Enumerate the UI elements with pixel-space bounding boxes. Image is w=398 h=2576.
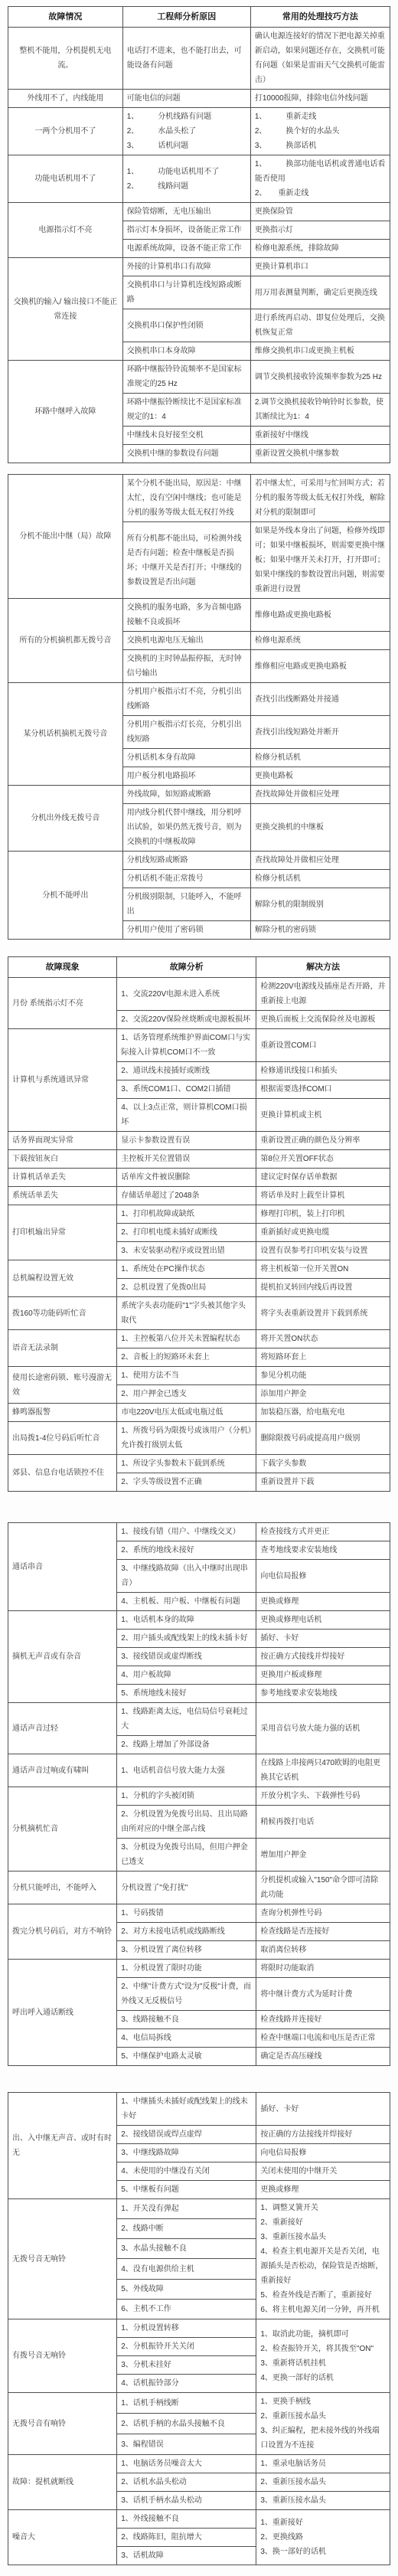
solution-cell: 重新设置正确的颜色及分辨率: [256, 1132, 390, 1150]
analysis-cell: 交换机中继的参数设有问题: [122, 445, 250, 463]
table-row: 出局拨1-4位号码后听忙音1、所拨号码为限拨号或该用户（分机）允许拨打级别太低删…: [8, 1422, 390, 1455]
cell-line: 2、 重新走线: [255, 186, 386, 201]
analysis-cell: 2、对方未接电话机或线路断线: [117, 1923, 256, 1941]
column-header: 工程师分析原因: [122, 7, 250, 28]
symptom-cell: 某分机话机摘机无拨号音: [8, 683, 123, 786]
scanned-table-document: 故障情况工程师分析原因常用的处理技巧方法整机不能用，分机提机无电流。电话打不进来…: [0, 0, 398, 2576]
cell-line: 2、重新接好: [260, 2215, 386, 2230]
cell-line: 2、检查振铃开关，将其拨至"ON": [260, 2342, 386, 2356]
solution-cell: 查找故障处并做相应处理: [250, 852, 390, 870]
cell-line: 1、重新接好: [260, 2516, 386, 2530]
solution-cell: 设置有误参考打印机安装与设置: [256, 1242, 390, 1260]
solution-cell: 根据需要选择COM口: [256, 1080, 390, 1099]
solution-cell: 更换指示灯: [250, 221, 390, 240]
symptom-cell: 蜂鸣器报警: [8, 1404, 117, 1422]
solution-cell: 1、调整叉簧开关2、重新接好3、重新压接水晶头4、检查主机电源开关是否关闭，电源…: [256, 2199, 390, 2319]
cell-line: 3、重新压接水晶头: [260, 2230, 386, 2244]
table-row: 出、入中继无声音、或时有时无1、中继插头未插好或配线架上的线未卡好插好、卡好: [8, 2093, 390, 2126]
column-header: 故障分析: [117, 957, 256, 978]
solution-cell: 将限时功能取消: [256, 1960, 390, 1978]
analysis-cell: 1、主控板第八位开关未置编程状态: [117, 1330, 256, 1348]
solution-cell: 1、更换手柄线2、重新压接水晶头3、纠正编程，把未接外线的外线端口设置为不连接: [256, 2393, 390, 2455]
symptom-cell: 噪音大: [8, 2510, 117, 2565]
cell-line: 2、重新压接水晶头: [260, 2409, 386, 2424]
solution-cell: 取消离位转移: [256, 1941, 390, 1960]
cell-line: 1、调整叉簧开关: [260, 2201, 386, 2215]
analysis-cell: 5、中继保护电路太灵敏: [117, 2048, 256, 2066]
analysis-cell: 2、话机手柄的水晶头接触不良: [117, 2414, 256, 2434]
solution-cell: 检测220V电源线及插座是否开路，并重新接上电源: [256, 978, 390, 1011]
symptom-cell: 计算机话单丢失: [8, 1169, 117, 1187]
analysis-cell: 4、电信局拆线: [117, 2029, 256, 2048]
table-row: 话务界面现实异常显示卡参数设置有误重新设置正确的颜色及分辨率: [8, 1132, 390, 1150]
solution-cell: 如果是外线本身出了问题，检修外线即可；如果中继板损坏，则需要更换中继板；如果中继…: [250, 522, 390, 599]
analysis-cell: 指示灯本身损坏，设备能正常工作: [122, 221, 250, 240]
tables-container: 故障情况工程师分析原因常用的处理技巧方法整机不能用，分机提机无电流。电话打不进来…: [8, 6, 390, 2565]
solution-cell: 重新接好中继线: [250, 427, 390, 445]
solution-cell: 删除限拨号码或提高用户级别: [256, 1422, 390, 1455]
analysis-cell: 2、打印机电缆未插好或断线: [117, 1224, 256, 1242]
cell-line: 3、重新将话机挂机: [260, 2356, 386, 2371]
solution-cell: 调节交换机接收铃流频率参数为25 Hz: [250, 361, 390, 394]
analysis-cell: 交换机的服务电路，多为音频电路接触不良或损坏: [122, 599, 250, 632]
table-row: 系统话单丢失存储话单超过了2048条将话单及时上载至计算机: [8, 1187, 390, 1205]
cell-line: 1、 换部功能电话机或普通电话看能否使用: [255, 157, 386, 186]
table-row: 语音无法录制1、主控板第八位开关未置编程状态将开关置ON状态: [8, 1330, 390, 1348]
analysis-cell: 用内线分机代替中继线，用分机呼出试验，如果仍然无拨号音，则为交换机的中继板故障: [122, 804, 250, 852]
solution-cell: 向电信局报修: [256, 1560, 390, 1593]
solution-cell: 提机拍叉转回内线后再设置: [256, 1279, 390, 1297]
analysis-cell: 2、字头等级设置不正确: [117, 1473, 256, 1492]
cell-line: 2、 换个好的水晶头: [255, 124, 386, 139]
symptom-cell: 分机不能呼出: [8, 852, 123, 940]
solution-cell: 若中继太忙，可采用与忙回叫方式；若分机的服务等级太低无权打外线，解除对分机的限制…: [250, 475, 390, 522]
symptom-cell: 出、入中继无声音、或时有时无: [8, 2093, 117, 2199]
analysis-cell: 1、所设字头参数未下载到系统: [117, 1455, 256, 1473]
table-row: 噪音大1、外线接触不良1、重新接好2、更换线路3、换一部好的话机: [8, 2510, 390, 2529]
solution-cell: 将话单及时上载至计算机: [256, 1187, 390, 1205]
analysis-cell: 交换机串口保护性闭锁: [122, 309, 250, 342]
solution-cell: 插好、卡好: [256, 1630, 390, 1648]
symptom-cell: 有拨号音无响铃: [8, 2319, 117, 2393]
analysis-cell: 2、总机设置了免拨0出局: [117, 1279, 256, 1297]
table-row: 摘机无声音或有杂音1、电话机本身的故障更换或修理电话机: [8, 1611, 390, 1630]
solution-cell: 检查中继端口电流和电压是否正常: [256, 2029, 390, 2048]
solution-cell: 检修通讯线接口和插头: [256, 1062, 390, 1080]
analysis-cell: 话单库文件被误删除: [117, 1169, 256, 1187]
analysis-cell: 外接的计算机串口有故障: [122, 258, 250, 276]
solution-cell: 下载字头参数: [256, 1455, 390, 1473]
cell-line: 1、 分机线路有问题: [127, 110, 246, 124]
symptom-cell: 故障：提机就断线: [8, 2455, 117, 2510]
analysis-cell: 1、所拨号码为限拨号或该用户（分机）允许拨打级别太低: [117, 1422, 256, 1455]
analysis-cell: 环路中继振铃断续比不是国家标准规定的1：4: [122, 394, 250, 427]
analysis-cell: 1、接线有错（用户、中继线交叉）: [117, 1523, 256, 1541]
analysis-cell: 6、主机不工作: [117, 2299, 256, 2319]
solution-cell: 更换后面板上交流保险丝及电源板: [256, 1011, 390, 1029]
table-row: 分机不能呼出分机线短路或断路查找故障处并做相应处理: [8, 852, 390, 870]
solution-cell: 进行系统再启动、即复位处理后，交换机恢复正常: [250, 309, 390, 342]
solution-cell: 检修电源系统，排除故障: [250, 240, 390, 258]
analysis-cell: 4、未使用的中继没有关闭: [117, 2162, 256, 2181]
cell-line: 2、更换线路: [260, 2530, 386, 2545]
table-row: 分机不能出中继（局）故障某个分机不能出局，原因是：中继太忙，没有空闲中继线；也可…: [8, 475, 390, 522]
solution-cell: 查找引出线短路处并断开: [250, 716, 390, 749]
symptom-cell: 分机出外线无拨号音: [8, 786, 123, 852]
analysis-cell: 分机线短路或断路: [122, 852, 250, 870]
table-row: 分机只能呼出，不能呼入分机设置了"免打扰"分机提机或输入"150"命令即可清除此…: [8, 1872, 390, 1904]
solution-cell: 用万用表测量判断，确定后更换连线: [250, 276, 390, 309]
analysis-cell: 2、分机设置为免拨号出局、且出局路由所对应的中继全部占线: [117, 1806, 256, 1839]
analysis-cell: 1、开关没有弹起: [117, 2199, 256, 2219]
solution-cell: 更换交换机的中继板: [250, 804, 390, 852]
solution-cell: 检查线路是否连接好: [256, 1923, 390, 1941]
analysis-cell: 3、分机设为免拨号出局，但用户押金已透支: [117, 1839, 256, 1872]
cell-line: 1、取消此功能，摘机即可: [260, 2327, 386, 2342]
solution-cell: 按正确的方法接线并焊接好: [256, 2126, 390, 2144]
table-row: 计算机话单丢失话单库文件被误删除建议定时保存话单数据: [8, 1169, 390, 1187]
solution-cell: 解除分机的密码锁: [250, 921, 390, 940]
cell-line: 1、 功能电话机用不了: [127, 165, 246, 179]
solution-cell: 查考地线要求安装地线: [256, 1541, 390, 1560]
table-row: 一两个分机用不了1、 分机线路有问题2、 水晶头松了3、 话机问题1、 重新走线…: [8, 108, 390, 155]
solution-cell: 增加用户押金: [256, 1839, 390, 1872]
analysis-cell: 3、中继线路故障（出入中继时出现串音）: [117, 1560, 256, 1593]
column-header: 故障现象: [8, 957, 117, 978]
analysis-cell: 1、打印机故障或缺纸: [117, 1205, 256, 1224]
analysis-cell: 3、话机手柄水晶头松动: [117, 2492, 256, 2510]
solution-cell: 解除分机的限制级别: [250, 888, 390, 921]
analysis-cell: 1、使用方法不当: [117, 1367, 256, 1385]
analysis-cell: 交换机串口与计算机连线短路或断路: [122, 276, 250, 309]
solution-cell: 建议定时保存话单数据: [256, 1169, 390, 1187]
solution-cell: 稍候再拨打电话: [256, 1806, 390, 1839]
solution-cell: 检查接线方式并更正: [256, 1523, 390, 1541]
symptom-cell: 总机编程设置无效: [8, 1260, 117, 1297]
analysis-cell: 电话打不进来，也不能打出去，可能设备有问题: [122, 28, 250, 90]
solution-cell: 维修电路或更换电路板: [250, 599, 390, 632]
analysis-cell: 3、系统COM1口、COM2口插错: [117, 1080, 256, 1099]
solution-cell: 将短路环套上: [256, 1348, 390, 1367]
analysis-cell: 2、中继"计费方式"设为"反极"计费，而外线又无反极信号: [117, 1978, 256, 2011]
table-row: 功能电话机用不了1、 功能电话机用不了2、 线路问题1、 换部功能电话机或普通电…: [8, 155, 390, 203]
symptom-cell: 话务界面现实异常: [8, 1132, 117, 1150]
symptom-cell: 环路中继呼入故障: [8, 361, 123, 463]
analysis-cell: 分机级别限制，只能呼入，不能呼出: [122, 888, 250, 921]
analysis-cell: 存储话单超过了2048条: [117, 1187, 256, 1205]
symptom-cell: 分机不能出中继（局）故障: [8, 475, 123, 599]
solution-cell: 关闭未使用的中继开关: [256, 2162, 390, 2181]
analysis-cell: 1、分机设置了限时功能: [117, 1960, 256, 1978]
solution-cell: 维修相应电路或更换电路板: [250, 650, 390, 683]
table-row: 计算机与系统通讯异常1、话务管理系统维护界面COM口与实际接入计算机COM口不一…: [8, 1029, 390, 1062]
table-row: 通话串音1、接线有错（用户、中继线交叉）检查接线方式并更正: [8, 1523, 390, 1541]
solution-cell: 更换电路板: [250, 767, 390, 786]
column-header: 故障情况: [8, 7, 123, 28]
analysis-cell: 1、电话机音信号放大能力太强: [117, 1754, 256, 1787]
analysis-cell: 分机用户使用了密码锁: [122, 921, 250, 940]
solution-cell: 3、重新压接水晶头: [256, 2492, 390, 2510]
solution-cell: 添加用户押金: [256, 1385, 390, 1404]
analysis-cell: 某个分机不能出局，原因是：中继太忙，没有空闲中继线；也可能是分机的服务等级太低无…: [122, 475, 250, 522]
solution-cell: 分机提机或输入"150"命令即可清除此功能: [256, 1872, 390, 1904]
table-row: 呼出呼入通话断线1、分机设置了限时功能将限时功能取消: [8, 1960, 390, 1978]
table-row: 下载按钮灰白主控板开关位置错误第8位开关置OFF状态: [8, 1150, 390, 1169]
solution-cell: 查找故障处并做相应处理: [250, 786, 390, 804]
analysis-cell: 1、分机的字头被闭锁: [117, 1787, 256, 1806]
solution-cell: 检修分机话机: [250, 870, 390, 888]
solution-cell: 打10000报障，排除电信外线问题: [250, 90, 390, 108]
solution-cell: 重新设置并下载: [256, 1473, 390, 1492]
analysis-cell: 2、分机振铃开关关闭: [117, 2338, 256, 2356]
cell-line: 2、 水晶头松了: [127, 124, 246, 139]
cell-line: 4、检查主机电源开关是否关闭，电源插头是否松动，保险管是否熔断，重新接好: [260, 2244, 386, 2288]
analysis-cell: 1、外线接触不良: [117, 2510, 256, 2529]
solution-cell: 更换用户板或修理: [256, 1666, 390, 1685]
solution-cell: 1、取消此功能，摘机即可2、检查振铃开关，将其拨至"ON"3、重新将话机挂机4、…: [256, 2319, 390, 2393]
table-row: 交换机的输入/ 输出接口不能正常连接外接的计算机串口有故障更换计算机串口: [8, 258, 390, 276]
table-row: 蜂鸣器报警市电220V电压太低或电瓶过低加装稳压器，给电瓶充电: [8, 1404, 390, 1422]
solution-cell: 检查线路并连接好: [256, 2011, 390, 2029]
symptom-cell: 拨160等功能码听忙音: [8, 1297, 117, 1330]
analysis-cell: 4、话机振铃部分: [117, 2375, 256, 2393]
symptom-cell: 交换机的输入/ 输出接口不能正常连接: [8, 258, 123, 361]
solution-cell: 将字头表重新设置并下载到系统: [256, 1297, 390, 1330]
solution-cell: 确认电源连接好的情况下把电源关掉重新启动，如果问题还存在，交换机可能有问题（如果…: [250, 28, 390, 90]
analysis-cell: 1、话机手柄线断: [117, 2393, 256, 2414]
solution-cell: 重新插好或更换电缆: [256, 1224, 390, 1242]
analysis-cell: 分机话机本身有故障: [122, 749, 250, 767]
analysis-cell: 4、以上3点正常，则计算机COM口损坏: [117, 1099, 256, 1132]
analysis-cell: 5、系统地线未接好: [117, 1685, 256, 1703]
analysis-cell: 5、中继板有问题: [117, 2181, 256, 2199]
table-row: 使用长途密码锁、账号漫游无效1、使用方法不当参见分机功能: [8, 1367, 390, 1385]
solution-cell: 按正确方式接线并焊接好: [256, 1648, 390, 1666]
solution-cell: 将中继计费方式为延时计费: [256, 1978, 390, 2011]
analysis-cell: 中继线未良好接至交机: [122, 427, 250, 445]
column-header: 解决方法: [256, 957, 390, 978]
analysis-cell: 主控板开关位置错误: [117, 1150, 256, 1169]
table-row: 总机编程设置无效1、系统处在PC操作状态将主机板第一位开关置ON: [8, 1260, 390, 1279]
solution-cell: 将开关置ON状态: [256, 1330, 390, 1348]
symptom-cell: 打印机输出异常: [8, 1205, 117, 1260]
solution-cell: 1、 重新走线2、 换个好的水晶头3、 换部话机: [250, 108, 390, 155]
analysis-cell: 1、线路距离太远，电信局信号衰耗过大: [117, 1703, 256, 1736]
analysis-cell: 市电220V电压太低或电瓶过低: [117, 1404, 256, 1422]
symptom-cell: 所有的分机摘机都无拨号音: [8, 599, 123, 683]
analysis-cell: 1、 分机线路有问题2、 水晶头松了3、 话机问题: [122, 108, 250, 155]
analysis-cell: 1、 功能电话机用不了2、 线路问题: [122, 155, 250, 203]
analysis-cell: 4、没有电源供给主机: [117, 2259, 256, 2279]
analysis-cell: 3、线路接触不良: [117, 2011, 256, 2029]
analysis-cell: 外线故障，如短路或断路: [122, 786, 250, 804]
solution-cell: 检修分机话机: [250, 749, 390, 767]
analysis-cell: 4、主机板、用户板、中继板有问题: [117, 1593, 256, 1611]
header-row: 故障情况工程师分析原因常用的处理技巧方法: [8, 7, 390, 28]
solution-cell: 重新设置COM口: [256, 1029, 390, 1062]
analysis-cell: 交换机的主时钟晶振停振，无时钟信号输出: [122, 650, 250, 683]
table-row: 分机出外线无拨号音外线故障，如短路或断路查找故障处并做相应处理: [8, 786, 390, 804]
symptom-cell: 功能电话机用不了: [8, 155, 123, 203]
symptom-cell: 呼出呼入通话断线: [8, 1960, 117, 2066]
cell-line: 3、纠正编程，把未接外线的外线端口设置为不连接: [260, 2424, 386, 2453]
analysis-cell: 1、分机设置转移: [117, 2319, 256, 2338]
solution-cell: 加装稳压器，给电瓶充电: [256, 1404, 390, 1422]
cell-line: 5、检查外线是否断了，重新接好: [260, 2288, 386, 2303]
table-row: 无拨号音无响铃1、开关没有弹起1、调整叉簧开关2、重新接好3、重新压接水晶头4、…: [8, 2199, 390, 2219]
symptom-cell: 分机只能呼出，不能呼入: [8, 1872, 117, 1904]
fault-table-pbx-basic: 故障情况工程师分析原因常用的处理技巧方法整机不能用，分机提机无电流。电话打不进来…: [8, 6, 390, 463]
table-row: 故障：提机就断线1、电脑话务员噪音太大1、重录电脑话务员: [8, 2455, 390, 2473]
analysis-cell: 交换机电源电压无输出: [122, 632, 250, 650]
analysis-cell: 1、系统处在PC操作状态: [117, 1260, 256, 1279]
symptom-cell: 外线用不了，内线能用: [8, 90, 123, 108]
table-row: 拨160等功能码听忙音系统字头表功能码"1"字头被其他字头取代将字头表重新设置并…: [8, 1297, 390, 1330]
symptom-cell: 分机摘机忙音: [8, 1787, 117, 1872]
symptom-cell: 系统话单丢失: [8, 1187, 117, 1205]
analysis-cell: 电源系统故障，设备不能正常工作: [122, 240, 250, 258]
solution-cell: 确定是否高压碰线: [256, 2048, 390, 2066]
solution-cell: 1、重录电脑话务员: [256, 2455, 390, 2473]
analysis-cell: 1、中继插头未插好或配线架上的线未卡好: [117, 2093, 256, 2126]
analysis-cell: 可能电信的问题: [122, 90, 250, 108]
symptom-cell: 无拨号音有响铃: [8, 2393, 117, 2455]
analysis-cell: 1、话务管理系统维护界面COM口与实际接入计算机COM口不一致: [117, 1029, 256, 1062]
analysis-cell: 3、接线错误或虚焊断线: [117, 1648, 256, 1666]
table-row: 有拨号音无响铃1、分机设置转移1、取消此功能，摘机即可2、检查振铃开关，将其拨至…: [8, 2319, 390, 2338]
analysis-cell: 1、号码拨错: [117, 1904, 256, 1923]
fault-table-voice: 通话串音1、接线有错（用户、中继线交叉）检查接线方式并更正2、系统的地线未接好查…: [8, 1522, 390, 2066]
fault-table-trunk: 出、入中继无声音、或时有时无1、中继插头未插好或配线架上的线未卡好插好、卡好2、…: [8, 2092, 390, 2565]
solution-cell: 2.调节交换机接收铃响铃时长参数，使其断续比为1：4: [250, 394, 390, 427]
analysis-cell: 5、外线故障: [117, 2279, 256, 2299]
column-header: 常用的处理技巧方法: [250, 7, 390, 28]
symptom-cell: 无拨号音无响铃: [8, 2199, 117, 2319]
cell-line: 3、 话机问题: [127, 139, 246, 153]
table-row: 整机不能用，分机提机无电流。电话打不进来，也不能打出去，可能设备有问题确认电源连…: [8, 28, 390, 90]
solution-cell: 检修电源系统: [250, 632, 390, 650]
solution-cell: 第8位开关置OFF状态: [256, 1150, 390, 1169]
analysis-cell: 分机话机不能正常拨号: [122, 870, 250, 888]
solution-cell: 修理打印机，装上打印机: [256, 1205, 390, 1224]
analysis-cell: 2、音板上的短路环未套上: [117, 1348, 256, 1367]
solution-cell: 插好、卡好: [256, 2093, 390, 2126]
analysis-cell: 2、用户插头或配线架上的线未插卡好: [117, 1630, 256, 1648]
solution-cell: 开放分机字头、下载弹性号码: [256, 1787, 390, 1806]
symptom-cell: 通话声音过响或有啸叫: [8, 1754, 117, 1787]
symptom-cell: 使用长途密码锁、账号漫游无效: [8, 1367, 117, 1404]
analysis-cell: 交换机串口本身故障: [122, 342, 250, 361]
analysis-cell: 3、分机未挂好: [117, 2356, 256, 2375]
analysis-cell: 所有分机都不能出局，可检测外线是否有问题；检查中继板是否损坏；中继开关是否打开；…: [122, 522, 250, 599]
analysis-cell: 1、电话机本身的故障: [117, 1611, 256, 1630]
analysis-cell: 系统字头表功能码"1"字头被其他字头取代: [117, 1297, 256, 1330]
table-row: 某分机话机摘机无拨号音分机用户板指示灯不亮，分机引出线断路查找引出线断路处并接通: [8, 683, 390, 716]
solution-cell: 1、重新接好2、更换线路3、换一部好的话机: [256, 2510, 390, 2565]
analysis-cell: 2、线路陈旧，阻抗增大: [117, 2529, 256, 2547]
table-row: 月份 系统指示灯不亮1、交流220V电源未进入系统检测220V电源线及插座是否开…: [8, 978, 390, 1011]
table-row: 郊县、信息台电话锁控不住1、所设字头参数未下载到系统下载字头参数: [8, 1455, 390, 1473]
solution-cell: 采用音信号放大能力强的话机: [256, 1703, 390, 1754]
table-row: 无拨号音有响铃1、话机手柄线断1、更换手柄线2、重新压接水晶头3、纠正编程，把未…: [8, 2393, 390, 2414]
analysis-cell: 2、话机水晶头松动: [117, 2473, 256, 2492]
cell-line: 1、 重新走线: [255, 110, 386, 124]
analysis-cell: 2、交流220V保险丝烧断或电源板损坏: [117, 1011, 256, 1029]
symptom-cell: 郊县、信息台电话锁控不住: [8, 1455, 117, 1492]
solution-cell: 1、 换部功能电话机或普通电话看能否使用2、 重新走线: [250, 155, 390, 203]
cell-line: 1、更换手柄线: [260, 2395, 386, 2409]
analysis-cell: 4、用户板故障: [117, 1666, 256, 1685]
solution-cell: 参见分机功能: [256, 1367, 390, 1385]
analysis-cell: 3、编程错误: [117, 2434, 256, 2455]
solution-cell: 更换或修理: [256, 1593, 390, 1611]
table-row: 外线用不了，内线能用可能电信的问题打10000报障，排除电信外线问题: [8, 90, 390, 108]
analysis-cell: 用户板分机电路损坏: [122, 767, 250, 786]
analysis-cell: 2、通讯线未接插好或断线: [117, 1062, 256, 1080]
analysis-cell: 2、接线错误或焊点虚焊: [117, 2126, 256, 2144]
solution-cell: 2、重新压接水晶头: [256, 2473, 390, 2492]
table-row: 通话声音过响或有啸叫1、电话机音信号放大能力太强在线路上串接两只470欧姆的电阻…: [8, 1754, 390, 1787]
table-row: 环路中继呼入故障环路中继振铃铃流频率不是国家标准规定的25 Hz调节交换机接收铃…: [8, 361, 390, 394]
analysis-cell: 3、话机故障: [117, 2547, 256, 2565]
analysis-cell: 1、电脑话务员噪音太大: [117, 2455, 256, 2473]
symptom-cell: 月份 系统指示灯不亮: [8, 978, 117, 1029]
analysis-cell: 3、未安装驱动程序或设置出错: [117, 1242, 256, 1260]
analysis-cell: 1、交流220V电源未进入系统: [117, 978, 256, 1011]
analysis-cell: 3、中继线路故障: [117, 2144, 256, 2162]
analysis-cell: 2、系统的地线未接好: [117, 1541, 256, 1560]
table-row: 拨完分机号码后，对方不响铃1、号码拨错查询分机弹性号码: [8, 1904, 390, 1923]
cell-line: 6、将主机电源关闭一分钟，再开机: [260, 2303, 386, 2317]
table-row: 通话声音过轻1、线路距离太远，电信局信号衰耗过大采用音信号放大能力强的话机: [8, 1703, 390, 1736]
solution-cell: 查找引出线断路处并接通: [250, 683, 390, 716]
solution-cell: 将主机板第一位开关置ON: [256, 1260, 390, 1279]
header-row: 故障现象故障分析解决方法: [8, 957, 390, 978]
solution-cell: 维修交换机串口或更换主机板: [250, 342, 390, 361]
analysis-cell: 2、线路中断: [117, 2219, 256, 2239]
symptom-cell: 下载按钮灰白: [8, 1150, 117, 1169]
solution-cell: 更换或修理电话机: [256, 1611, 390, 1630]
analysis-cell: 分机用户板指示灯长亮，分机引出线短路: [122, 716, 250, 749]
symptom-cell: 电源指示灯不亮: [8, 203, 123, 258]
analysis-cell: 保险管熔断，无电压输出: [122, 203, 250, 221]
analysis-cell: 2、线路上增加了外部设备: [117, 1736, 256, 1754]
solution-cell: 向电信局报修: [256, 2144, 390, 2162]
solution-cell: 更换或修理: [256, 2181, 390, 2199]
analysis-cell: 3、分机设置了离位转移: [117, 1941, 256, 1960]
fault-table-extension: 分机不能出中继（局）故障某个分机不能出局，原因是：中继太忙，没有空闲中继线；也可…: [8, 474, 390, 940]
solution-cell: 参考地线要求安装地线: [256, 1685, 390, 1703]
analysis-cell: 环路中继振铃铃流频率不是国家标准规定的25 Hz: [122, 361, 250, 394]
table-row: 所有的分机摘机都无拨号音交换机的服务电路，多为音频电路接触不良或损坏维修电路或更…: [8, 599, 390, 632]
symptom-cell: 语音无法录制: [8, 1330, 117, 1367]
cell-line: 4、更换一部好的话机: [260, 2371, 386, 2385]
symptom-cell: 整机不能用，分机提机无电流。: [8, 28, 123, 90]
cell-line: 3、换一部好的话机: [260, 2545, 386, 2559]
table-row: 打印机输出异常1、打印机故障或缺纸修理打印机，装上打印机: [8, 1205, 390, 1224]
cell-line: 3、 换部话机: [255, 139, 386, 153]
analysis-cell: 分机用户板指示灯不亮，分机引出线断路: [122, 683, 250, 716]
solution-cell: 更换计算机或主机: [256, 1099, 390, 1132]
symptom-cell: 计算机与系统通讯异常: [8, 1029, 117, 1132]
solution-cell: 在线路上串接两只470欧姆的电阻更换其它话机: [256, 1754, 390, 1787]
analysis-cell: 显示卡参数设置有误: [117, 1132, 256, 1150]
symptom-cell: 通话声音过轻: [8, 1703, 117, 1754]
symptom-cell: 摘机无声音或有杂音: [8, 1611, 117, 1703]
solution-cell: 重新设置交换机中继参数: [250, 445, 390, 463]
solution-cell: 更换计算机串口: [250, 258, 390, 276]
symptom-cell: 通话串音: [8, 1523, 117, 1611]
